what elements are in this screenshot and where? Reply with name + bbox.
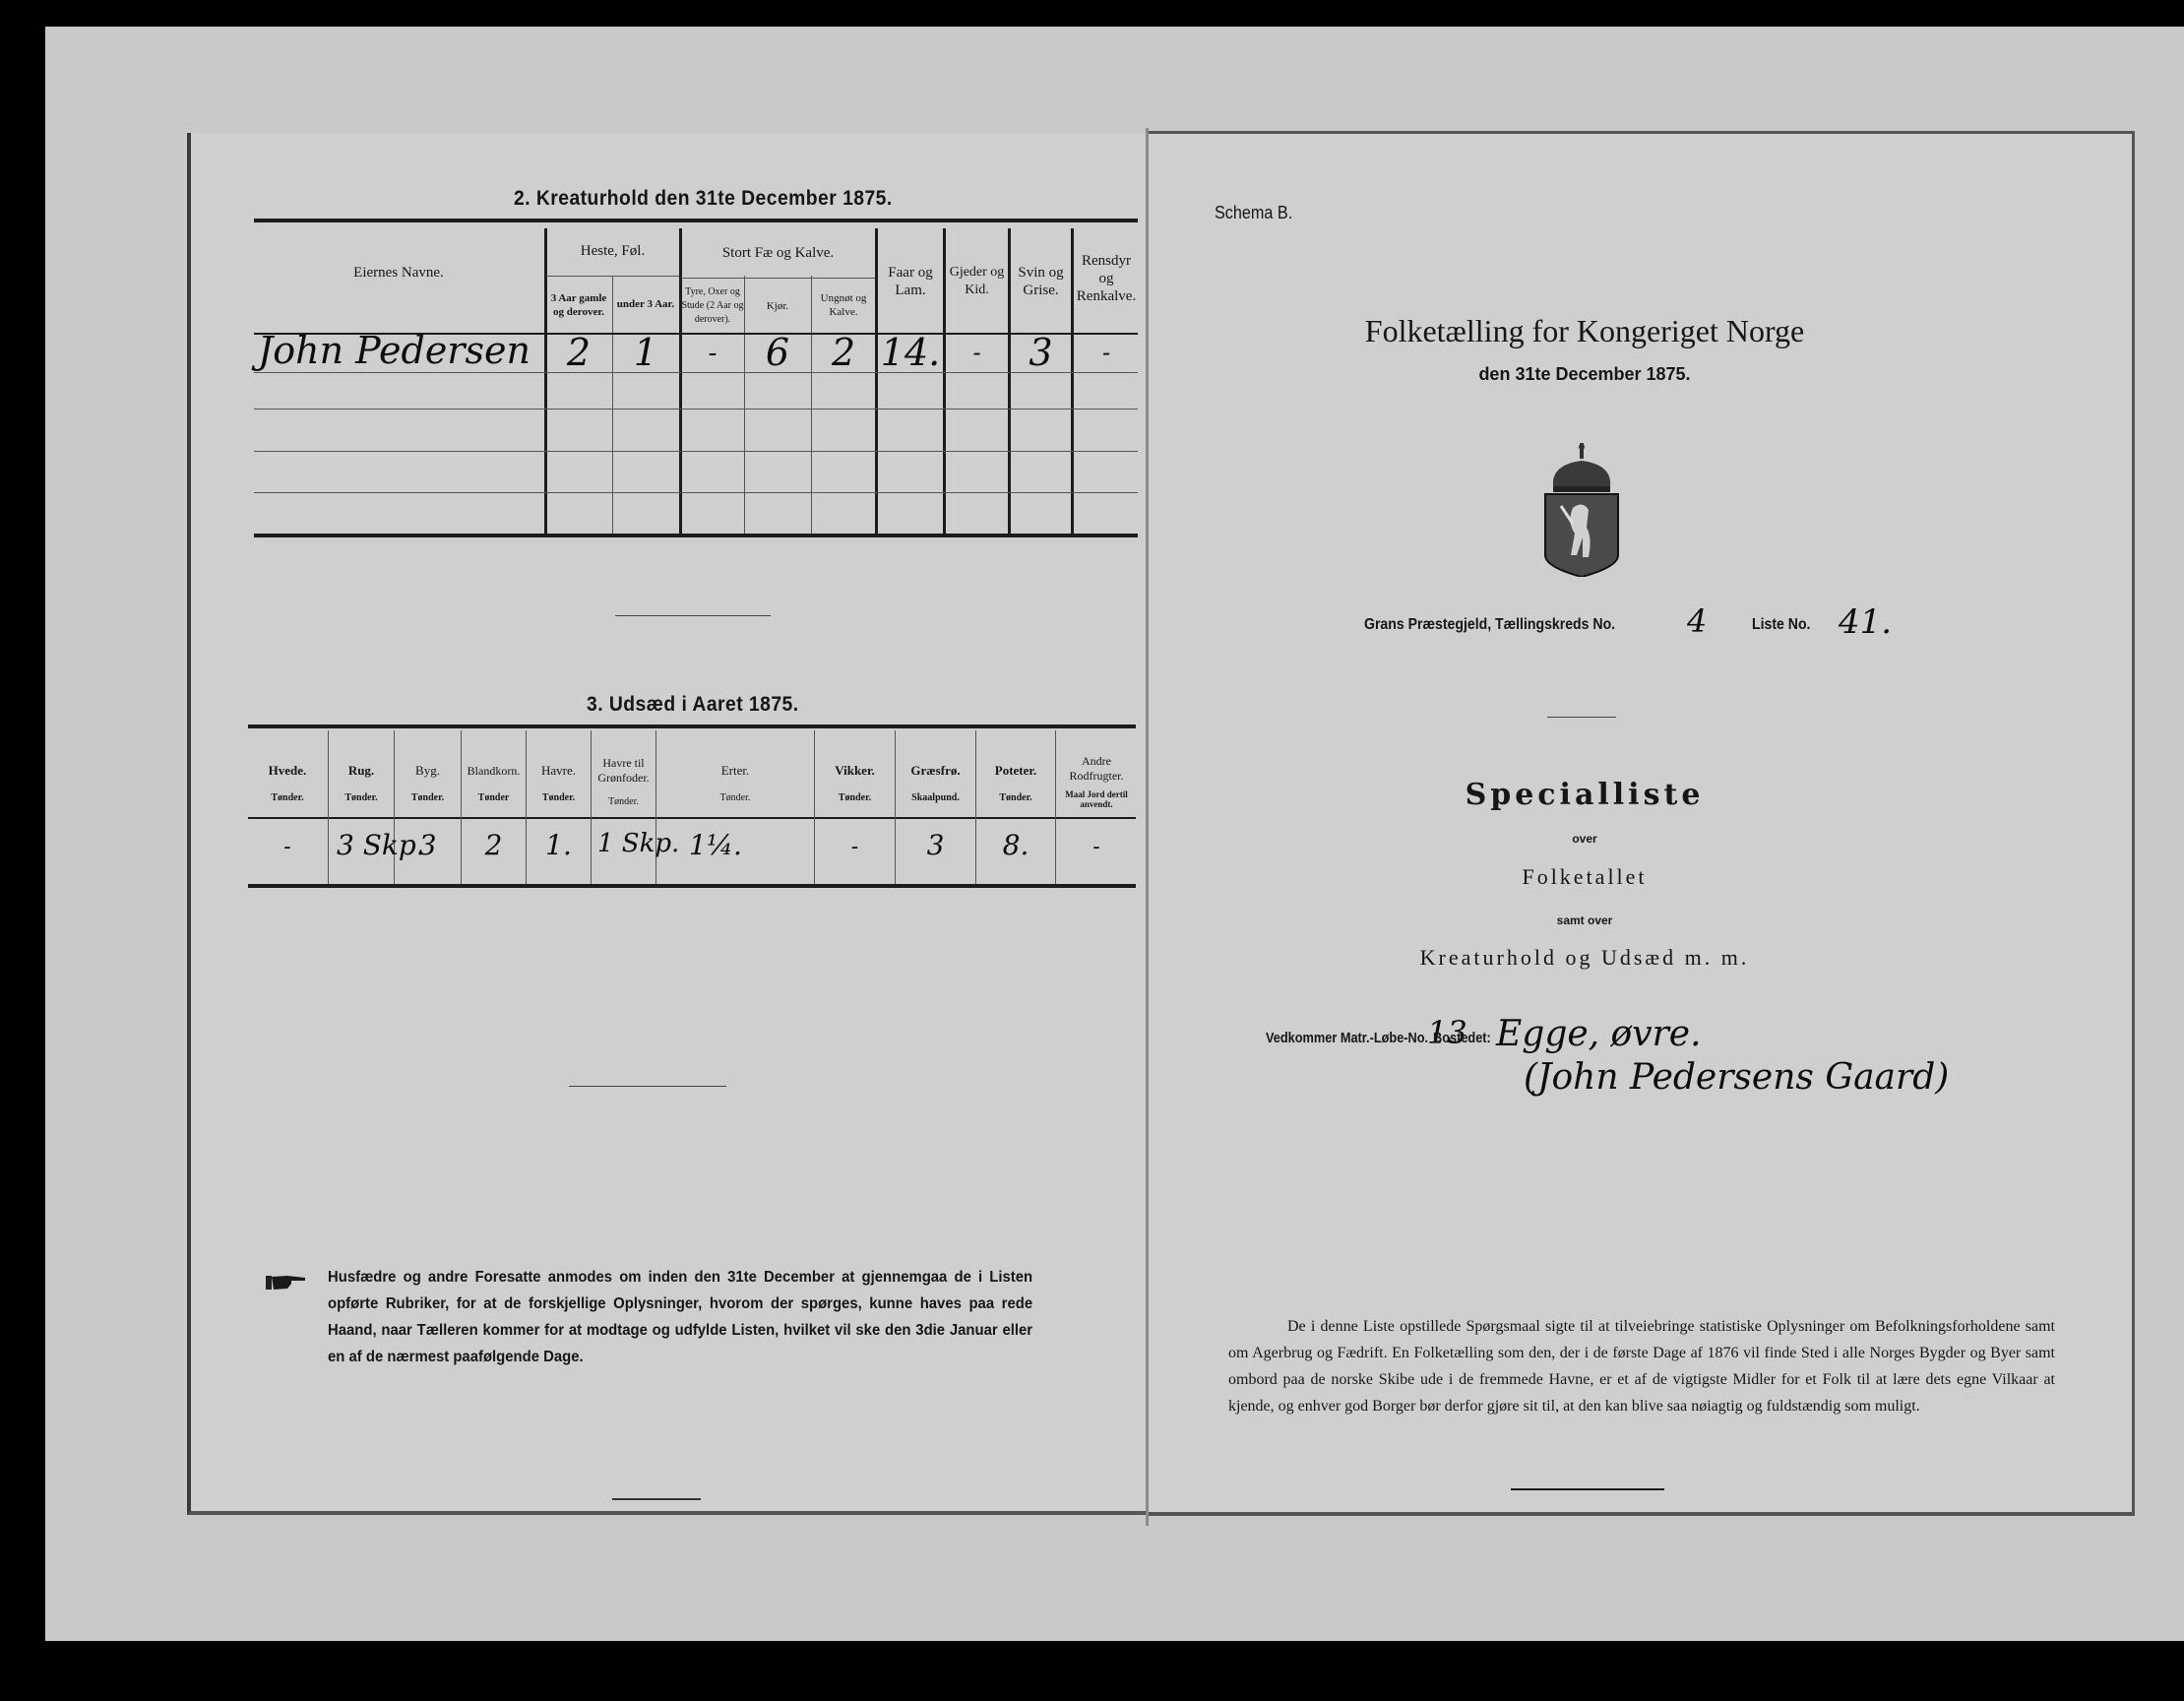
header-horses-young: under 3 Aar. xyxy=(613,297,678,311)
subtitle-text: Kreaturhold og Udsæd m. m. xyxy=(1181,945,1988,971)
divider xyxy=(615,615,771,616)
unit-rug: Tønder. xyxy=(329,789,394,807)
unit-havre-gronfoder: Tønder. xyxy=(592,793,655,811)
row-rule xyxy=(254,492,1138,493)
value-goats: - xyxy=(946,339,1008,366)
value-havre-gronfoder: 1 Skp. xyxy=(592,829,686,858)
header-havre: Havre. xyxy=(527,762,591,780)
value-horses-young: 1 xyxy=(613,331,678,374)
header-rug: Rug. xyxy=(329,762,394,780)
page-fold xyxy=(1146,128,1149,1526)
notice-text: Husfædre og andre Foresatte anmodes om i… xyxy=(328,1264,1032,1370)
unit-vikker: Tønder. xyxy=(815,789,895,807)
divider xyxy=(612,1498,701,1500)
col-divider xyxy=(814,730,815,884)
header-horses: Heste, Føl. xyxy=(546,242,679,260)
row-rule xyxy=(254,409,1138,409)
header-andre-rodfrugter: Andre Rodfrugter. xyxy=(1056,754,1137,784)
schema-label: Schema B. xyxy=(1215,203,1292,223)
header-hvede: Hvede. xyxy=(248,762,327,780)
bosted-value: Egge, øvre. xyxy=(1496,1014,1702,1054)
divider xyxy=(1547,717,1616,718)
value-havre: 1. xyxy=(527,829,591,861)
list-label: Liste No. xyxy=(1752,616,1810,634)
header-horses-old: 3 Aar gamle og derover. xyxy=(546,291,611,319)
col-divider xyxy=(544,228,547,534)
header-bulls: Tyre, Oxer og Stude (2 Aar og derover). xyxy=(681,285,744,327)
value-bulls: - xyxy=(681,339,744,368)
subcol-divider xyxy=(744,276,745,534)
section2-title: 2. Kreaturhold den 31te December 1875. xyxy=(514,187,893,211)
section2-bottom-rule xyxy=(254,534,1138,537)
col-divider xyxy=(655,730,656,884)
header-young-cattle: Ungnøt og Kalve. xyxy=(812,291,875,319)
value-hvede: - xyxy=(248,835,327,859)
unit-blandkorn: Tønder xyxy=(462,789,526,807)
value-erter: 1¼. xyxy=(689,829,814,861)
parish-label: Grans Præstegjeld, Tællingskreds No. xyxy=(1364,616,1615,634)
census-title: Folketælling for Kongeriget Norge xyxy=(1181,313,1988,349)
row-rule xyxy=(254,372,1138,373)
value-byg: 3 xyxy=(395,829,461,861)
unit-byg: Tønder. xyxy=(395,789,461,807)
value-horses-old: 2 xyxy=(546,331,611,374)
value-sheep: 14. xyxy=(878,331,943,374)
value-andre-rodfrugter: - xyxy=(1056,835,1137,859)
section3-bottom-rule xyxy=(248,884,1136,888)
header-blandkorn: Blandkorn. xyxy=(462,762,526,780)
subcol-divider xyxy=(612,276,613,534)
unit-andre-rodfrugter: Maal Jord dertil anvendt. xyxy=(1056,789,1137,809)
divider xyxy=(1511,1488,1664,1490)
value-poteter: 8. xyxy=(976,829,1055,861)
header-erter: Erter. xyxy=(656,762,814,780)
section3-title: 3. Udsæd i Aaret 1875. xyxy=(587,693,799,717)
matr-label: Vedkommer Matr.-Løbe-No. xyxy=(1266,1030,1428,1046)
header-graesfro: Græsfrø. xyxy=(896,762,975,780)
header-poteter: Poteter. xyxy=(976,762,1055,780)
norwegian-coat-of-arms-icon xyxy=(1543,439,1620,577)
owner-name: John Pedersen xyxy=(258,329,530,372)
section2-top-rule xyxy=(254,219,1138,222)
intro-text: De i denne Liste opstillede Spørgsmaal s… xyxy=(1228,1313,2055,1419)
header-havre-gronfoder: Havre til Grønfoder. xyxy=(592,756,655,786)
header-cattle: Stort Fæ og Kalve. xyxy=(681,244,875,262)
header-reindeer: Rensdyr og Renkalve. xyxy=(1073,252,1140,305)
samt-over-text: samt over xyxy=(1181,913,1988,927)
header-cows: Kjør. xyxy=(745,299,810,313)
header-owner: Eiernes Navne. xyxy=(256,264,541,282)
divider xyxy=(569,1086,726,1087)
specialliste-heading: Specialliste xyxy=(1181,778,1988,812)
value-blandkorn: 2 xyxy=(462,829,526,861)
unit-graesfro: Skaalpund. xyxy=(896,789,975,807)
district-number: 4 xyxy=(1687,602,1707,640)
farm-note: (John Pedersens Gaard) xyxy=(1524,1057,1949,1098)
pointing-hand-icon xyxy=(266,1273,307,1292)
row-rule xyxy=(254,451,1138,452)
section3-header-rule xyxy=(248,817,1136,819)
value-young-cattle: 2 xyxy=(812,331,875,374)
value-vikker: - xyxy=(815,835,895,859)
header-byg: Byg. xyxy=(395,762,461,780)
unit-hvede: Tønder. xyxy=(248,789,327,807)
header-goats: Gjeder og Kid. xyxy=(946,264,1008,299)
folketallet-text: Folketallet xyxy=(1181,864,1988,890)
unit-erter: Tønder. xyxy=(656,789,814,807)
col-divider xyxy=(679,228,682,534)
list-number: 41. xyxy=(1839,602,1892,642)
value-cows: 6 xyxy=(745,331,810,374)
header-sheep: Faar og Lam. xyxy=(878,264,943,299)
section3-top-rule xyxy=(248,724,1136,728)
subheader-rule xyxy=(546,276,679,277)
header-vikker: Vikker. xyxy=(815,762,895,780)
value-reindeer: - xyxy=(1073,339,1140,366)
value-pigs: 3 xyxy=(1011,331,1071,374)
subheader-rule xyxy=(681,278,875,279)
value-graesfro: 3 xyxy=(896,829,975,861)
unit-poteter: Tønder. xyxy=(976,789,1055,807)
bosted-label: Bostedet: xyxy=(1433,1030,1491,1046)
over-text: over xyxy=(1181,832,1988,846)
census-date: den 31te December 1875. xyxy=(1181,364,1988,385)
header-pigs: Svin og Grise. xyxy=(1011,264,1071,299)
unit-havre: Tønder. xyxy=(527,789,591,807)
